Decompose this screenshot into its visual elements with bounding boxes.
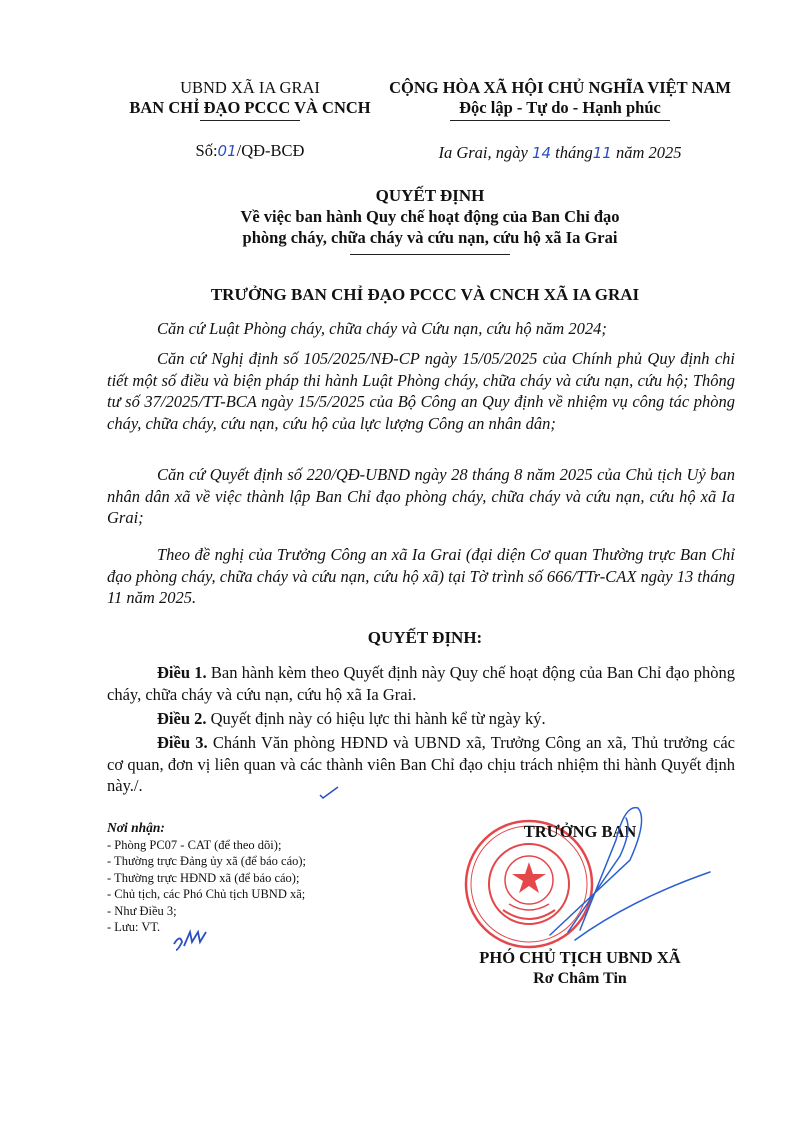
article-2: Điều 2. Quyết định này có hiệu lực thi h…: [107, 708, 735, 730]
article-1: Điều 1. Ban hành kèm theo Quyết định này…: [107, 662, 735, 705]
check-mark-icon: [318, 785, 340, 799]
motto-underline: [450, 120, 670, 121]
recipient-item: - Phòng PC07 - CAT (để theo dõi);: [107, 837, 387, 854]
issuing-authority: TRƯỞNG BAN CHỈ ĐẠO PCCC VÀ CNCH XÃ IA GR…: [100, 285, 750, 305]
document-number: Số:01/QĐ-BCĐ: [100, 141, 400, 161]
country-name: CỘNG HÒA XÃ HỘI CHỦ NGHĨA VIỆT NAM: [380, 78, 740, 98]
recipient-item: - Lưu: VT.: [107, 919, 387, 936]
subject-line-1: Về việc ban hành Quy chế hoạt động của B…: [150, 206, 710, 227]
document-title: QUYẾT ĐỊNH Về việc ban hành Quy chế hoạt…: [150, 186, 710, 255]
handwritten-day: 14: [532, 144, 551, 162]
article-3: Điều 3. Chánh Văn phòng HĐND và UBND xã,…: [107, 732, 735, 797]
issue-date: Ia Grai, ngày 14 tháng11 năm 2025: [380, 143, 740, 163]
agency-parent: UBND XÃ IA GRAI: [100, 78, 400, 98]
legal-basis: Căn cứ Luật Phòng cháy, chữa cháy và Cứu…: [107, 318, 735, 340]
signer-position: PHÓ CHỦ TỊCH UBND XÃ: [430, 948, 730, 968]
agency-underline: [200, 120, 300, 121]
decision-heading: QUYẾT ĐỊNH:: [100, 628, 750, 648]
initials-icon: [172, 928, 208, 952]
legal-basis: Căn cứ Nghị định số 105/2025/NĐ-CP ngày …: [107, 348, 735, 434]
handwritten-month: 11: [593, 144, 612, 162]
recipient-item: - Thường trực HĐND xã (để báo cáo);: [107, 870, 387, 887]
handwritten-number: 01: [218, 142, 237, 160]
legal-basis: Theo đề nghị của Trưởng Công an xã Ia Gr…: [107, 544, 735, 609]
legal-basis: Căn cứ Quyết định số 220/QĐ-UBND ngày 28…: [107, 464, 735, 529]
issuing-agency: UBND XÃ IA GRAI BAN CHỈ ĐẠO PCCC VÀ CNCH: [100, 78, 400, 121]
signer-name: Rơ Châm Tin: [430, 970, 730, 988]
subject-line-2: phòng cháy, chữa cháy và cứu nạn, cứu hộ…: [150, 227, 710, 248]
agency-name: BAN CHỈ ĐẠO PCCC VÀ CNCH: [100, 98, 400, 118]
national-motto: CỘNG HÒA XÃ HỘI CHỦ NGHĨA VIỆT NAM Độc l…: [380, 78, 740, 121]
recipient-item: - Thường trực Đảng ủy xã (để báo cáo);: [107, 853, 387, 870]
recipients-list: Nơi nhận: - Phòng PC07 - CAT (để theo dõ…: [107, 820, 387, 936]
motto: Độc lập - Tự do - Hạnh phúc: [380, 98, 740, 118]
recipient-item: - Chủ tịch, các Phó Chủ tịch UBND xã;: [107, 886, 387, 903]
handwritten-signature-icon: [520, 800, 720, 950]
recipient-item: - Như Điều 3;: [107, 903, 387, 920]
recipients-heading: Nơi nhận:: [107, 820, 387, 837]
title-underline: [350, 254, 510, 255]
doc-type: QUYẾT ĐỊNH: [150, 186, 710, 206]
